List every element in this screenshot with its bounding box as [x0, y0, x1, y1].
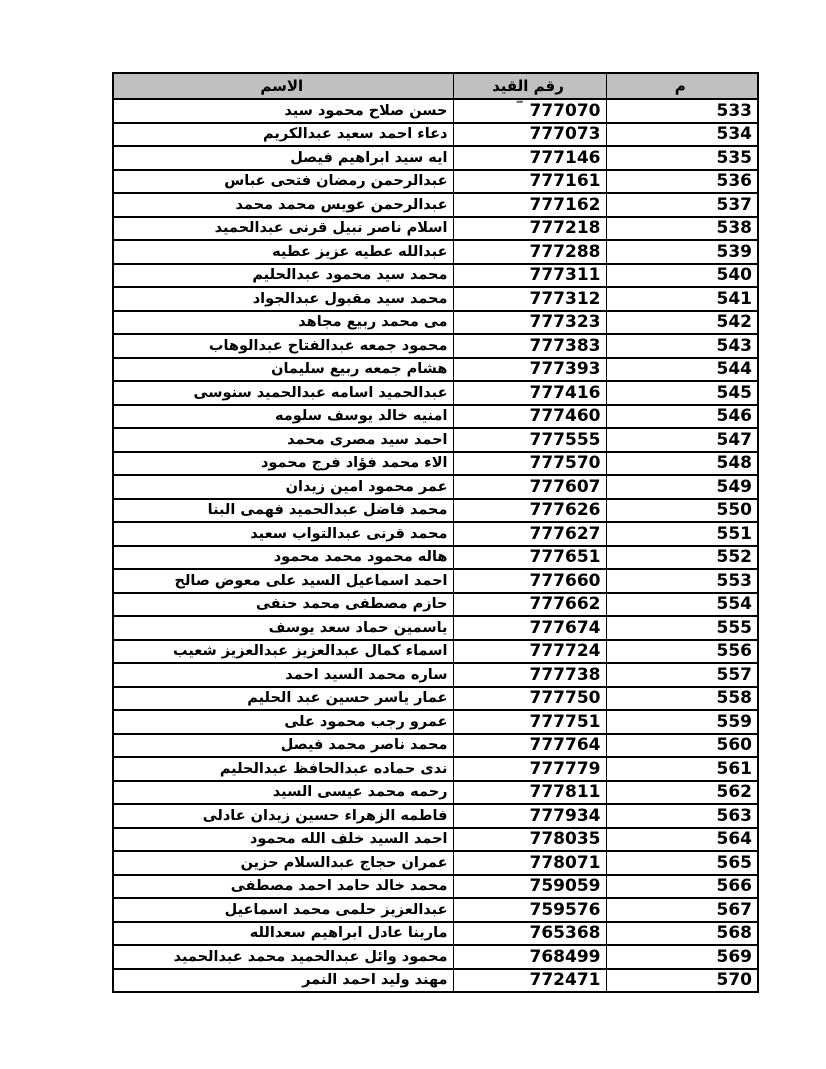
- registration-number-cell: 777162: [453, 193, 606, 217]
- registration-number: 777660: [530, 571, 601, 591]
- name-cell: محمد سيد محمود عبدالحليم: [113, 264, 453, 288]
- table-row: 548777570الاء محمد فؤاد فرج محمود: [113, 452, 758, 476]
- table-row: 538777218اسلام ناصر نبيل قرنى عبدالحميد: [113, 217, 758, 241]
- table-row: 569768499محمود وائل عبدالحميد محمد عبدال…: [113, 945, 758, 969]
- registration-number-cell: 777738: [453, 663, 606, 687]
- registration-number: 778071: [530, 853, 601, 873]
- table-row: 568765368مارينا عادل ابراهيم سعدالله: [113, 922, 758, 946]
- serial-cell: 545: [606, 381, 758, 405]
- registration-number-cell: 777651: [453, 546, 606, 570]
- serial-cell: 565: [606, 851, 758, 875]
- name-cell: هاله محمود محمد محمود: [113, 546, 453, 570]
- name-cell: دعاء احمد سعيد عبدالكريم: [113, 123, 453, 147]
- document-page: م رقم القيد الاسم 533777070=حسن صلاح محم…: [0, 0, 826, 1069]
- registration-number: 777779: [530, 759, 601, 779]
- name-cell: محمود وائل عبدالحميد محمد عبدالحميد: [113, 945, 453, 969]
- serial-cell: 569: [606, 945, 758, 969]
- table-row: 537777162عبدالرحمن عويس محمد محمد: [113, 193, 758, 217]
- scan-artifact-mark: =: [516, 99, 524, 107]
- registration-number-cell: 777323: [453, 311, 606, 335]
- table-row: 533777070=حسن صلاح محمود سيد: [113, 99, 758, 123]
- registration-number: 777218: [530, 218, 601, 238]
- registration-number: 777161: [530, 171, 601, 191]
- serial-cell: 550: [606, 499, 758, 523]
- registration-number: 777162: [530, 195, 601, 215]
- registration-number: 777651: [530, 547, 601, 567]
- table-row: 565778071عمران حجاج عبدالسلام حزين: [113, 851, 758, 875]
- name-cell: محمد قرنى عبدالتواب سعيد: [113, 522, 453, 546]
- table-row: 534777073دعاء احمد سعيد عبدالكريم: [113, 123, 758, 147]
- registration-number-cell: 765368: [453, 922, 606, 946]
- name-cell: محمد فاضل عبدالحميد فهمى البنا: [113, 499, 453, 523]
- serial-cell: 563: [606, 804, 758, 828]
- table-row: 558777750عمار ياسر حسين عبد الحليم: [113, 687, 758, 711]
- table-row: 554777662حازم مصطفى محمد حنفى: [113, 593, 758, 617]
- registration-number-cell: 777627: [453, 522, 606, 546]
- registration-number: 777934: [530, 806, 601, 826]
- registration-number: 777288: [530, 242, 601, 262]
- table-row: 549777607عمر محمود امين زيدان: [113, 475, 758, 499]
- name-cell: احمد اسماعيل السيد على معوض صالح: [113, 569, 453, 593]
- serial-cell: 540: [606, 264, 758, 288]
- registration-number-cell: 777570: [453, 452, 606, 476]
- table-row: 559777751عمرو رجب محمود على: [113, 710, 758, 734]
- table-row: 536777161عبدالرحمن رمضان فتحى عباس: [113, 170, 758, 194]
- registration-number: 759576: [530, 900, 601, 920]
- registration-number: 777070: [530, 101, 601, 121]
- name-cell: عمرو رجب محمود على: [113, 710, 453, 734]
- registration-number-cell: 777660: [453, 569, 606, 593]
- registration-number-cell: 777724: [453, 640, 606, 664]
- serial-cell: 562: [606, 781, 758, 805]
- registration-number-cell: 778035: [453, 828, 606, 852]
- table-row: 553777660احمد اسماعيل السيد على معوض صال…: [113, 569, 758, 593]
- serial-cell: 547: [606, 428, 758, 452]
- serial-cell: 566: [606, 875, 758, 899]
- registration-number: 772471: [530, 970, 601, 990]
- registration-number-cell: 777750: [453, 687, 606, 711]
- name-cell: عبدالرحمن رمضان فتحى عباس: [113, 170, 453, 194]
- serial-cell: 544: [606, 358, 758, 382]
- table-row: 555777674ياسمين حماد سعد يوسف: [113, 616, 758, 640]
- registration-number: 777460: [530, 406, 601, 426]
- registration-number: 777811: [530, 782, 601, 802]
- name-cell: عمر محمود امين زيدان: [113, 475, 453, 499]
- table-row: 547777555احمد سيد مصرى محمد: [113, 428, 758, 452]
- table-row: 556777724اسماء كمال عبدالعزيز عبدالعزيز …: [113, 640, 758, 664]
- registration-number: 765368: [530, 923, 601, 943]
- table-row: 552777651هاله محمود محمد محمود: [113, 546, 758, 570]
- name-cell: مارينا عادل ابراهيم سعدالله: [113, 922, 453, 946]
- name-cell: عمران حجاج عبدالسلام حزين: [113, 851, 453, 875]
- serial-cell: 535: [606, 146, 758, 170]
- registration-number-cell: 777073: [453, 123, 606, 147]
- table-row: 567759576عبدالعزيز حلمى محمد اسماعيل: [113, 898, 758, 922]
- name-cell: هشام جمعه ربيع سليمان: [113, 358, 453, 382]
- registration-number: 777393: [530, 359, 601, 379]
- table-row: 535777146ايه سيد ابراهيم فيصل: [113, 146, 758, 170]
- registration-number-cell: 777311: [453, 264, 606, 288]
- registration-number: 768499: [530, 947, 601, 967]
- name-cell: حسن صلاح محمود سيد: [113, 99, 453, 123]
- registration-number: 777383: [530, 336, 601, 356]
- registration-number: 777738: [530, 665, 601, 685]
- name-cell: عبدالله عطيه عزيز عطيه: [113, 240, 453, 264]
- table-row: 561777779ندى حماده عبدالحافظ عبدالحليم: [113, 757, 758, 781]
- registration-number-cell: 777811: [453, 781, 606, 805]
- serial-cell: 534: [606, 123, 758, 147]
- name-cell: ياسمين حماد سعد يوسف: [113, 616, 453, 640]
- serial-cell: 551: [606, 522, 758, 546]
- registration-number: 777311: [530, 265, 601, 285]
- table-row: 570772471مهند وليد احمد النمر: [113, 969, 758, 993]
- registration-number-cell: 777934: [453, 804, 606, 828]
- serial-cell: 542: [606, 311, 758, 335]
- registration-number: 777073: [530, 124, 601, 144]
- name-cell: ايه سيد ابراهيم فيصل: [113, 146, 453, 170]
- name-cell: الاء محمد فؤاد فرج محمود: [113, 452, 453, 476]
- table-header-row: م رقم القيد الاسم: [113, 73, 758, 99]
- registration-number: 777724: [530, 641, 601, 661]
- serial-cell: 546: [606, 405, 758, 429]
- registration-number-cell: 777146: [453, 146, 606, 170]
- registration-number-cell: 777161: [453, 170, 606, 194]
- serial-cell: 536: [606, 170, 758, 194]
- table-row: 544777393هشام جمعه ربيع سليمان: [113, 358, 758, 382]
- registration-number: 777626: [530, 500, 601, 520]
- registration-number-cell: 777751: [453, 710, 606, 734]
- registration-number: 759059: [530, 876, 601, 896]
- serial-cell: 557: [606, 663, 758, 687]
- table-row: 545777416عبدالحميد اسامه عبدالحميد سنوسى: [113, 381, 758, 405]
- registration-number-cell: 777383: [453, 334, 606, 358]
- serial-cell: 568: [606, 922, 758, 946]
- name-cell: مى محمد ربيع مجاهد: [113, 311, 453, 335]
- name-cell: امنيه خالد يوسف سلومه: [113, 405, 453, 429]
- serial-cell: 533: [606, 99, 758, 123]
- registration-table: م رقم القيد الاسم 533777070=حسن صلاح محم…: [112, 72, 759, 993]
- registration-number-cell: 759059: [453, 875, 606, 899]
- registration-number-cell: 777218: [453, 217, 606, 241]
- serial-cell: 552: [606, 546, 758, 570]
- name-cell: احمد سيد مصرى محمد: [113, 428, 453, 452]
- serial-cell: 561: [606, 757, 758, 781]
- serial-cell: 567: [606, 898, 758, 922]
- name-cell: عمار ياسر حسين عبد الحليم: [113, 687, 453, 711]
- serial-cell: 538: [606, 217, 758, 241]
- serial-cell: 570: [606, 969, 758, 993]
- serial-cell: 556: [606, 640, 758, 664]
- registration-number-cell: 768499: [453, 945, 606, 969]
- registration-number: 777607: [530, 477, 601, 497]
- registration-number: 777312: [530, 289, 601, 309]
- name-cell: محمد ناصر محمد فيصل: [113, 734, 453, 758]
- registration-number-cell: 777288: [453, 240, 606, 264]
- registration-number: 777555: [530, 430, 601, 450]
- registration-number-cell: 777555: [453, 428, 606, 452]
- table-row: 564778035احمد السيد خلف الله محمود: [113, 828, 758, 852]
- serial-cell: 559: [606, 710, 758, 734]
- table-row: 542777323مى محمد ربيع مجاهد: [113, 311, 758, 335]
- serial-cell: 549: [606, 475, 758, 499]
- table-row: 546777460امنيه خالد يوسف سلومه: [113, 405, 758, 429]
- name-cell: ساره محمد السيد احمد: [113, 663, 453, 687]
- table-row: 566759059محمد خالد حامد احمد مصطفى: [113, 875, 758, 899]
- table-row: 563777934فاطمه الزهراء حسين زيدان عادلى: [113, 804, 758, 828]
- registration-number-cell: 777312: [453, 287, 606, 311]
- name-cell: عبدالعزيز حلمى محمد اسماعيل: [113, 898, 453, 922]
- registration-number-cell: 777460: [453, 405, 606, 429]
- serial-cell: 564: [606, 828, 758, 852]
- name-cell: محمد سيد مقبول عبدالجواد: [113, 287, 453, 311]
- table-row: 539777288عبدالله عطيه عزيز عطيه: [113, 240, 758, 264]
- serial-cell: 560: [606, 734, 758, 758]
- table-row: 560777764محمد ناصر محمد فيصل: [113, 734, 758, 758]
- serial-cell: 537: [606, 193, 758, 217]
- registration-number: 777751: [530, 712, 601, 732]
- serial-column-header: م: [606, 73, 758, 99]
- registration-number: 778035: [530, 829, 601, 849]
- table-row: 550777626محمد فاضل عبدالحميد فهمى البنا: [113, 499, 758, 523]
- serial-cell: 539: [606, 240, 758, 264]
- registration-number-cell: 777393: [453, 358, 606, 382]
- serial-cell: 553: [606, 569, 758, 593]
- registration-number-cell: 777662: [453, 593, 606, 617]
- registration-number-cell: 777416: [453, 381, 606, 405]
- registration-number: 777662: [530, 594, 601, 614]
- registration-number: 777674: [530, 618, 601, 638]
- name-cell: احمد السيد خلف الله محمود: [113, 828, 453, 852]
- registration-number-cell: 778071: [453, 851, 606, 875]
- registration-number: 777570: [530, 453, 601, 473]
- table-row: 551777627محمد قرنى عبدالتواب سعيد: [113, 522, 758, 546]
- name-cell: فاطمه الزهراء حسين زيدان عادلى: [113, 804, 453, 828]
- registration-number: 777764: [530, 735, 601, 755]
- name-cell: مهند وليد احمد النمر: [113, 969, 453, 993]
- registration-number-cell: 772471: [453, 969, 606, 993]
- registration-number: 777146: [530, 148, 601, 168]
- serial-cell: 554: [606, 593, 758, 617]
- table-row: 557777738ساره محمد السيد احمد: [113, 663, 758, 687]
- table-row: 543777383محمود جمعه عبدالفتاح عبدالوهاب: [113, 334, 758, 358]
- registration-number-cell: 759576: [453, 898, 606, 922]
- registration-number-cell: 777626: [453, 499, 606, 523]
- registration-number-cell: 777607: [453, 475, 606, 499]
- table-row: 562777811رحمه محمد عيسى السيد: [113, 781, 758, 805]
- serial-cell: 548: [606, 452, 758, 476]
- registration-number-cell: 777764: [453, 734, 606, 758]
- name-cell: اسماء كمال عبدالعزيز عبدالعزيز شعيب: [113, 640, 453, 664]
- serial-cell: 558: [606, 687, 758, 711]
- registration-number: 777627: [530, 524, 601, 544]
- registration-number-cell: 777779: [453, 757, 606, 781]
- name-cell: عبدالحميد اسامه عبدالحميد سنوسى: [113, 381, 453, 405]
- name-cell: ندى حماده عبدالحافظ عبدالحليم: [113, 757, 453, 781]
- registration-number-cell: 777674: [453, 616, 606, 640]
- name-cell: رحمه محمد عيسى السيد: [113, 781, 453, 805]
- serial-cell: 541: [606, 287, 758, 311]
- name-cell: اسلام ناصر نبيل قرنى عبدالحميد: [113, 217, 453, 241]
- serial-cell: 555: [606, 616, 758, 640]
- name-cell: حازم مصطفى محمد حنفى: [113, 593, 453, 617]
- serial-cell: 543: [606, 334, 758, 358]
- registration-number-column-header: رقم القيد: [453, 73, 606, 99]
- name-cell: عبدالرحمن عويس محمد محمد: [113, 193, 453, 217]
- name-cell: محمود جمعه عبدالفتاح عبدالوهاب: [113, 334, 453, 358]
- registration-number: 777750: [530, 688, 601, 708]
- name-column-header: الاسم: [113, 73, 453, 99]
- registration-number-cell: 777070=: [453, 99, 606, 123]
- name-cell: محمد خالد حامد احمد مصطفى: [113, 875, 453, 899]
- table-row: 540777311محمد سيد محمود عبدالحليم: [113, 264, 758, 288]
- registration-number: 777323: [530, 312, 601, 332]
- registration-number: 777416: [530, 383, 601, 403]
- table-body: 533777070=حسن صلاح محمود سيد534777073دعا…: [113, 99, 758, 992]
- table-row: 541777312محمد سيد مقبول عبدالجواد: [113, 287, 758, 311]
